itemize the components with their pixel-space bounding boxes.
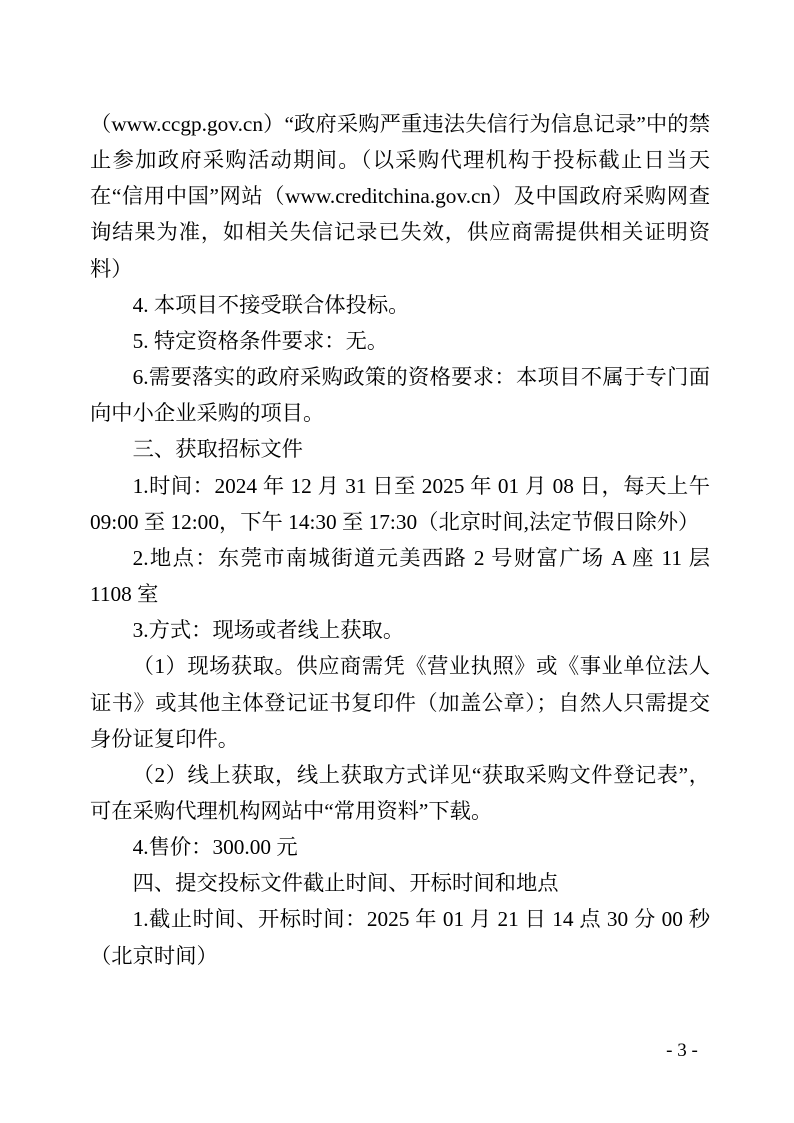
sub-item-1-onsite-obtain: （1）现场获取。供应商需凭《营业执照》或《事业单位法人证书》或其他主体登记证书复…: [90, 648, 710, 756]
paragraph-credit-record-note: （www.ccgp.gov.cn）“政府采购严重违法失信行为信息记录”中的禁止参…: [90, 106, 710, 287]
item-6-procurement-policy: 6.需要落实的政府采购政策的资格要求：本项目不属于专门面向中小企业采购的项目。: [90, 359, 710, 431]
item-1-deadline-opening-time: 1.截止时间、开标时间：2025 年 01 月 21 日 14 点 30 分 0…: [90, 901, 710, 973]
section-4-heading-submission-deadline: 四、提交投标文件截止时间、开标时间和地点: [90, 865, 710, 901]
section-3-heading-obtain-documents: 三、获取招标文件: [90, 431, 710, 467]
item-3-method: 3.方式：现场或者线上获取。: [90, 612, 710, 648]
document-page: （www.ccgp.gov.cn）“政府采购严重违法失信行为信息记录”中的禁止参…: [0, 0, 794, 1123]
item-2-location: 2.地点：东莞市南城街道元美西路 2 号财富广场 A 座 11 层 1108 室: [90, 540, 710, 612]
page-number: - 3 -: [652, 1039, 712, 1063]
sub-item-2-online-obtain: （2）线上获取，线上获取方式详见“获取采购文件登记表”，可在采购代理机构网站中“…: [90, 757, 710, 829]
item-4-no-consortium-bids: 4. 本项目不接受联合体投标。: [90, 287, 710, 323]
document-body: （www.ccgp.gov.cn）“政府采购严重违法失信行为信息记录”中的禁止参…: [90, 106, 710, 974]
item-5-specific-qualification: 5. 特定资格条件要求：无。: [90, 323, 710, 359]
item-4-price: 4.售价：300.00 元: [90, 829, 710, 865]
item-1-time: 1.时间：2024 年 12 月 31 日至 2025 年 01 月 08 日，…: [90, 468, 710, 540]
